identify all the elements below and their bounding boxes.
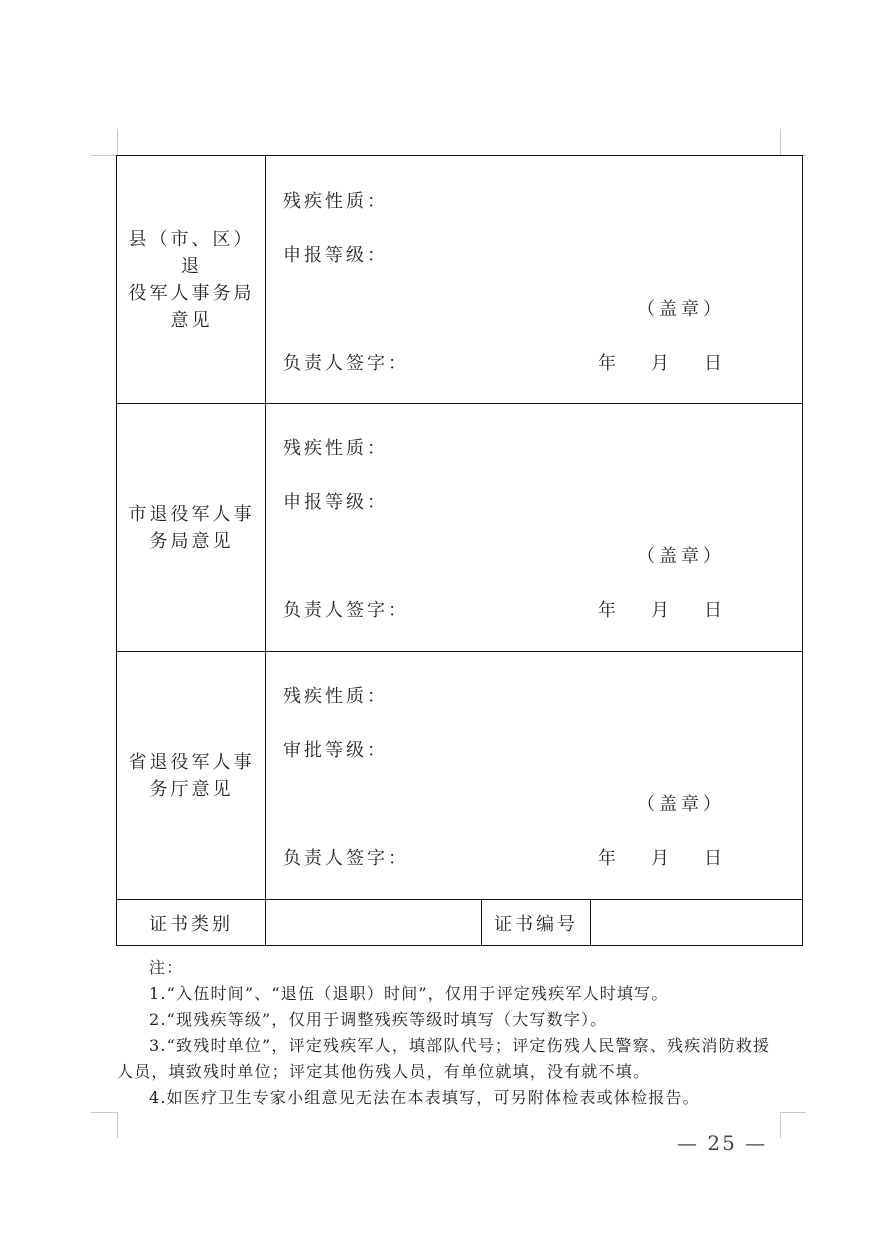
notes: 注： 1.“入伍时间”、“退伍（退职）时间”，仅用于评定残疾军人时填写。 2.“… (117, 955, 787, 1111)
section-label: 省退役军人事 务厅意见 (117, 652, 266, 899)
date-year: 年 (598, 844, 616, 870)
date-month: 月 (651, 844, 669, 870)
crop-mark-bottom-right-v (780, 1112, 781, 1138)
column-divider (265, 156, 266, 404)
date-day: 日 (704, 596, 722, 622)
label-line: 役军人事务局 (121, 280, 262, 307)
signature-label: 负责人签字： (283, 844, 409, 870)
section-label: 县（市、区）退 役军人事务局 意见 (117, 156, 266, 404)
label-line: 务厅意见 (129, 776, 255, 803)
notes-header: 注： (117, 955, 787, 981)
label-line: 意见 (121, 307, 262, 334)
section-county: 县（市、区）退 役军人事务局 意见 残疾性质： 申报等级： （盖章） 负责人签字… (117, 156, 802, 404)
label-line: 务局意见 (129, 528, 255, 555)
date-day: 日 (704, 349, 722, 375)
certificate-type-field[interactable] (267, 900, 481, 945)
column-divider (265, 900, 266, 945)
date-year: 年 (598, 349, 616, 375)
opinion-cell[interactable]: 残疾性质： 审批等级： （盖章） 负责人签字： 年 月 日 (267, 652, 802, 899)
label-line: 市退役军人事 (129, 501, 255, 528)
crop-mark-bottom-right-h (780, 1112, 806, 1113)
stamp-label: （盖章） (637, 295, 725, 321)
column-divider (265, 652, 266, 899)
opinion-cell[interactable]: 残疾性质： 申报等级： （盖章） 负责人签字： 年 月 日 (267, 404, 802, 651)
opinion-cell[interactable]: 残疾性质： 申报等级： （盖章） 负责人签字： 年 月 日 (267, 156, 802, 404)
stamp-label: （盖章） (637, 790, 725, 816)
section-label: 市退役军人事 务局意见 (117, 404, 266, 651)
signature-label: 负责人签字： (283, 596, 409, 622)
date-month: 月 (651, 349, 669, 375)
date-day: 日 (704, 844, 722, 870)
signature-label: 负责人签字： (283, 349, 409, 375)
stamp-label: （盖章） (637, 542, 725, 568)
note-item: 2.“现残疾等级”，仅用于调整残疾等级时填写（大写数字）。 (117, 1007, 787, 1033)
note-item: 4.如医疗卫生专家小组意见无法在本表填写，可另附体检表或体检报告。 (117, 1085, 787, 1111)
certificate-number-field[interactable] (592, 900, 802, 945)
crop-mark-bottom-left-h (91, 1112, 117, 1113)
section-province: 省退役军人事 务厅意见 残疾性质： 审批等级： （盖章） 负责人签字： 年 月 … (117, 651, 802, 899)
date-year: 年 (598, 596, 616, 622)
certificate-number-label: 证书编号 (482, 900, 590, 945)
opinion-table: 县（市、区）退 役军人事务局 意见 残疾性质： 申报等级： （盖章） 负责人签字… (116, 155, 803, 946)
approved-grade-field: 审批等级： (283, 736, 388, 762)
section-city: 市退役军人事 务局意见 残疾性质： 申报等级： （盖章） 负责人签字： 年 月 … (117, 403, 802, 651)
disability-nature-field: 残疾性质： (283, 682, 388, 708)
label-line: 省退役军人事 (129, 749, 255, 776)
page-number: — 25 — (677, 1131, 767, 1155)
crop-mark-top-left-v (117, 129, 118, 155)
crop-mark-top-left-h (91, 155, 117, 156)
certificate-row: 证书类别 证书编号 (117, 899, 802, 945)
crop-mark-top-right-v (780, 129, 781, 155)
note-item: 1.“入伍时间”、“退伍（退职）时间”，仅用于评定残疾军人时填写。 (117, 981, 787, 1007)
disability-nature-field: 残疾性质： (283, 187, 388, 213)
crop-mark-bottom-left-v (117, 1112, 118, 1138)
date-month: 月 (651, 596, 669, 622)
certificate-type-label: 证书类别 (117, 900, 265, 945)
disability-nature-field: 残疾性质： (283, 434, 388, 460)
column-divider (590, 900, 591, 945)
column-divider (265, 404, 266, 651)
declared-grade-field: 申报等级： (283, 488, 388, 514)
declared-grade-field: 申报等级： (283, 241, 388, 267)
label-line: 县（市、区）退 (121, 226, 262, 280)
note-item: 3.“致残时单位”，评定残疾军人，填部队代号；评定伤残人民警察、残疾消防救援人员… (117, 1033, 787, 1085)
